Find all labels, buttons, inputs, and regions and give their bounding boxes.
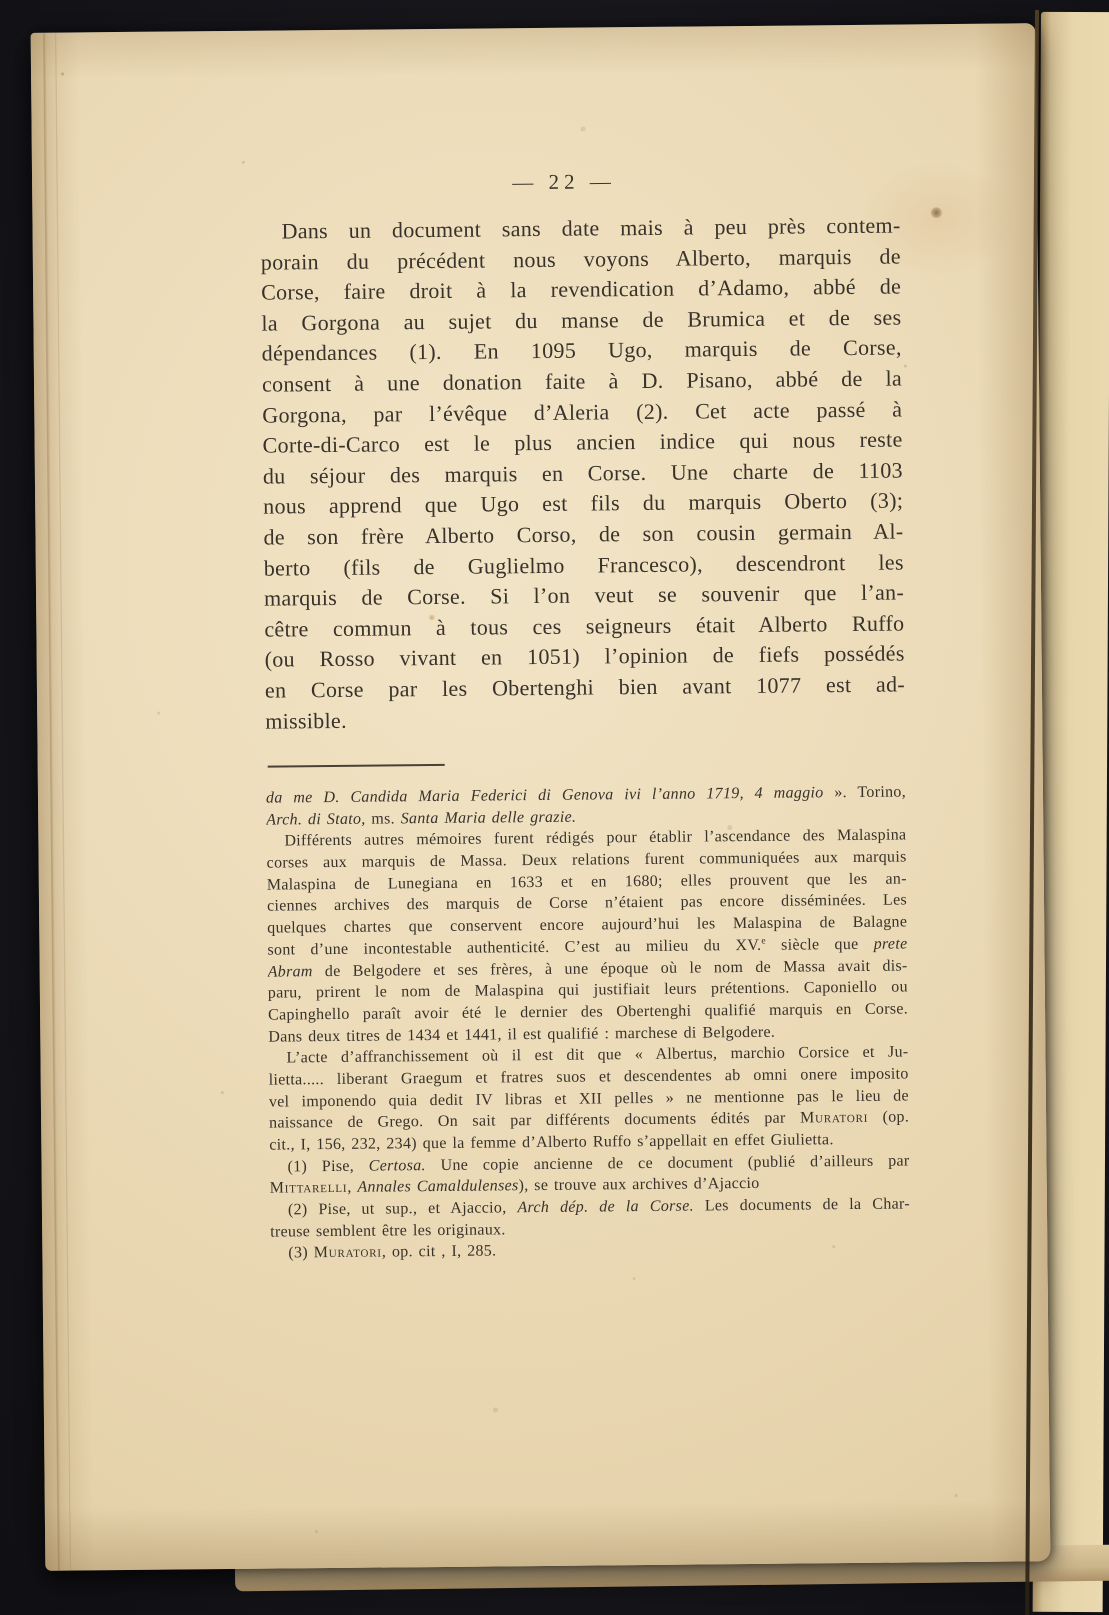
paper-stain xyxy=(930,207,942,218)
main-text-block: Dans un document sans date mais à peu pr… xyxy=(260,211,905,737)
page-content: — 22 — Dans un document sans date mais à… xyxy=(259,25,914,1569)
book-scan-background: — 22 — Dans un document sans date mais à… xyxy=(0,0,1109,1615)
paper-speckles xyxy=(61,73,64,76)
footnote-block: da me D. Candida Maria Federici di Genov… xyxy=(266,781,911,1264)
text-line: missible. xyxy=(265,700,905,737)
page-number: — 22 — xyxy=(244,167,884,198)
footnote-separator xyxy=(268,764,445,768)
book-page: — 22 — Dans un document sans date mais à… xyxy=(31,23,1051,1571)
text-line: en Corse par les Obertenghi bien avant 1… xyxy=(265,669,905,706)
